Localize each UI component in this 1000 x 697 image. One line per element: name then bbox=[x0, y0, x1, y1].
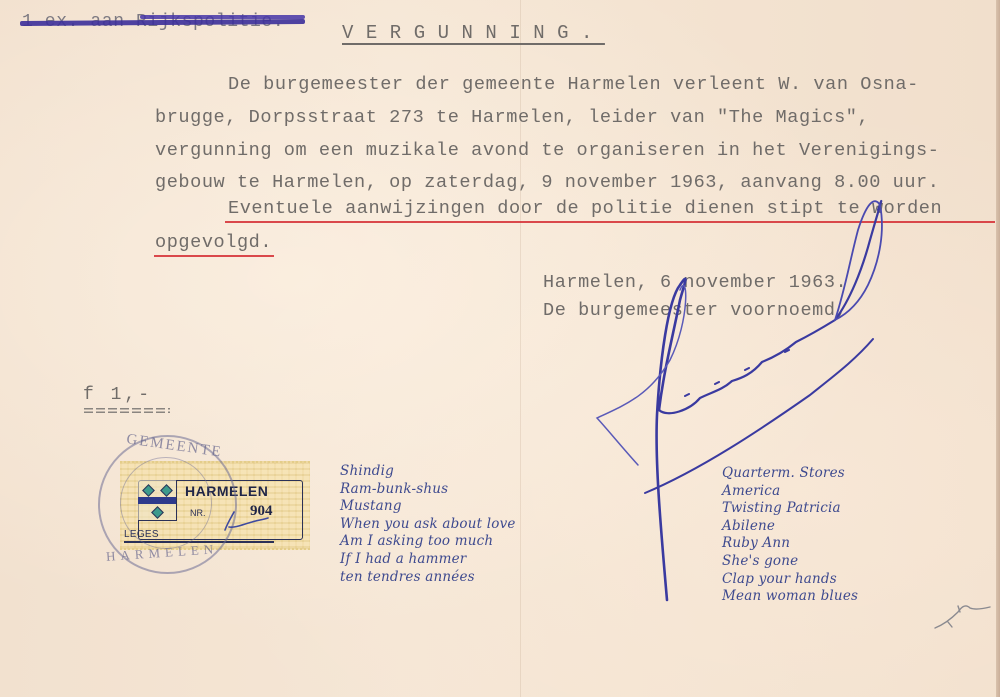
setlist-item: Clap your hands bbox=[722, 571, 858, 589]
setlist-item: If I had a hammer bbox=[340, 551, 516, 569]
body-line: brugge, Dorpsstraat 273 te Harmelen, lei… bbox=[155, 107, 869, 128]
body-line: vergunning om een muzikale avond te orga… bbox=[155, 140, 939, 161]
setlist-item: Abilene bbox=[722, 518, 858, 536]
setlist-item: She's gone bbox=[722, 553, 858, 571]
body-line: De burgemeester der gemeente Harmelen ve… bbox=[228, 74, 919, 95]
signatory-line: De burgemeester voornoemd, bbox=[543, 300, 847, 321]
strikethrough-mark bbox=[140, 15, 305, 19]
setlist-item: Quarterm. Stores bbox=[722, 465, 858, 483]
municipal-stamp: HARMELEN NR. 904 LEGES GEMEENTE HARMELEN bbox=[98, 435, 323, 575]
place-date: Harmelen, 6 november 1963. bbox=[543, 272, 847, 293]
body-line-instruction: Eventuele aanwijzingen door de politie d… bbox=[228, 198, 942, 219]
fee-double-underline bbox=[84, 408, 170, 414]
setlist-item: Ruby Ann bbox=[722, 535, 858, 553]
document-title: VERGUNNING. bbox=[342, 22, 605, 44]
setlist-item: Am I asking too much bbox=[340, 533, 516, 551]
setlist-item: Shindig bbox=[340, 463, 516, 481]
setlist-item: Ram-bunk-shus bbox=[340, 481, 516, 499]
seal-inner-circle bbox=[120, 457, 212, 549]
setlist-item: Mean woman blues bbox=[722, 588, 858, 606]
body-line: gebouw te Harmelen, op zaterdag, 9 novem… bbox=[155, 172, 939, 193]
red-underline bbox=[225, 221, 995, 223]
paper-fold bbox=[520, 0, 521, 697]
red-underline bbox=[154, 255, 274, 257]
paper-edge bbox=[996, 0, 1000, 697]
setlist-item: America bbox=[722, 483, 858, 501]
setlist-item: ten tendres années bbox=[340, 569, 516, 587]
body-line-instruction: opgevolgd. bbox=[155, 232, 272, 253]
setlist-left: Shindig Ram-bunk-shus Mustang When you a… bbox=[340, 463, 516, 586]
setlist-item: When you ask about love bbox=[340, 516, 516, 534]
fee-amount: f 1,- bbox=[83, 385, 152, 405]
stamp-number: 904 bbox=[250, 503, 273, 520]
setlist-item: Mustang bbox=[340, 498, 516, 516]
setlist-item: Twisting Patricia bbox=[722, 500, 858, 518]
setlist-right: Quarterm. Stores America Twisting Patric… bbox=[722, 465, 858, 606]
